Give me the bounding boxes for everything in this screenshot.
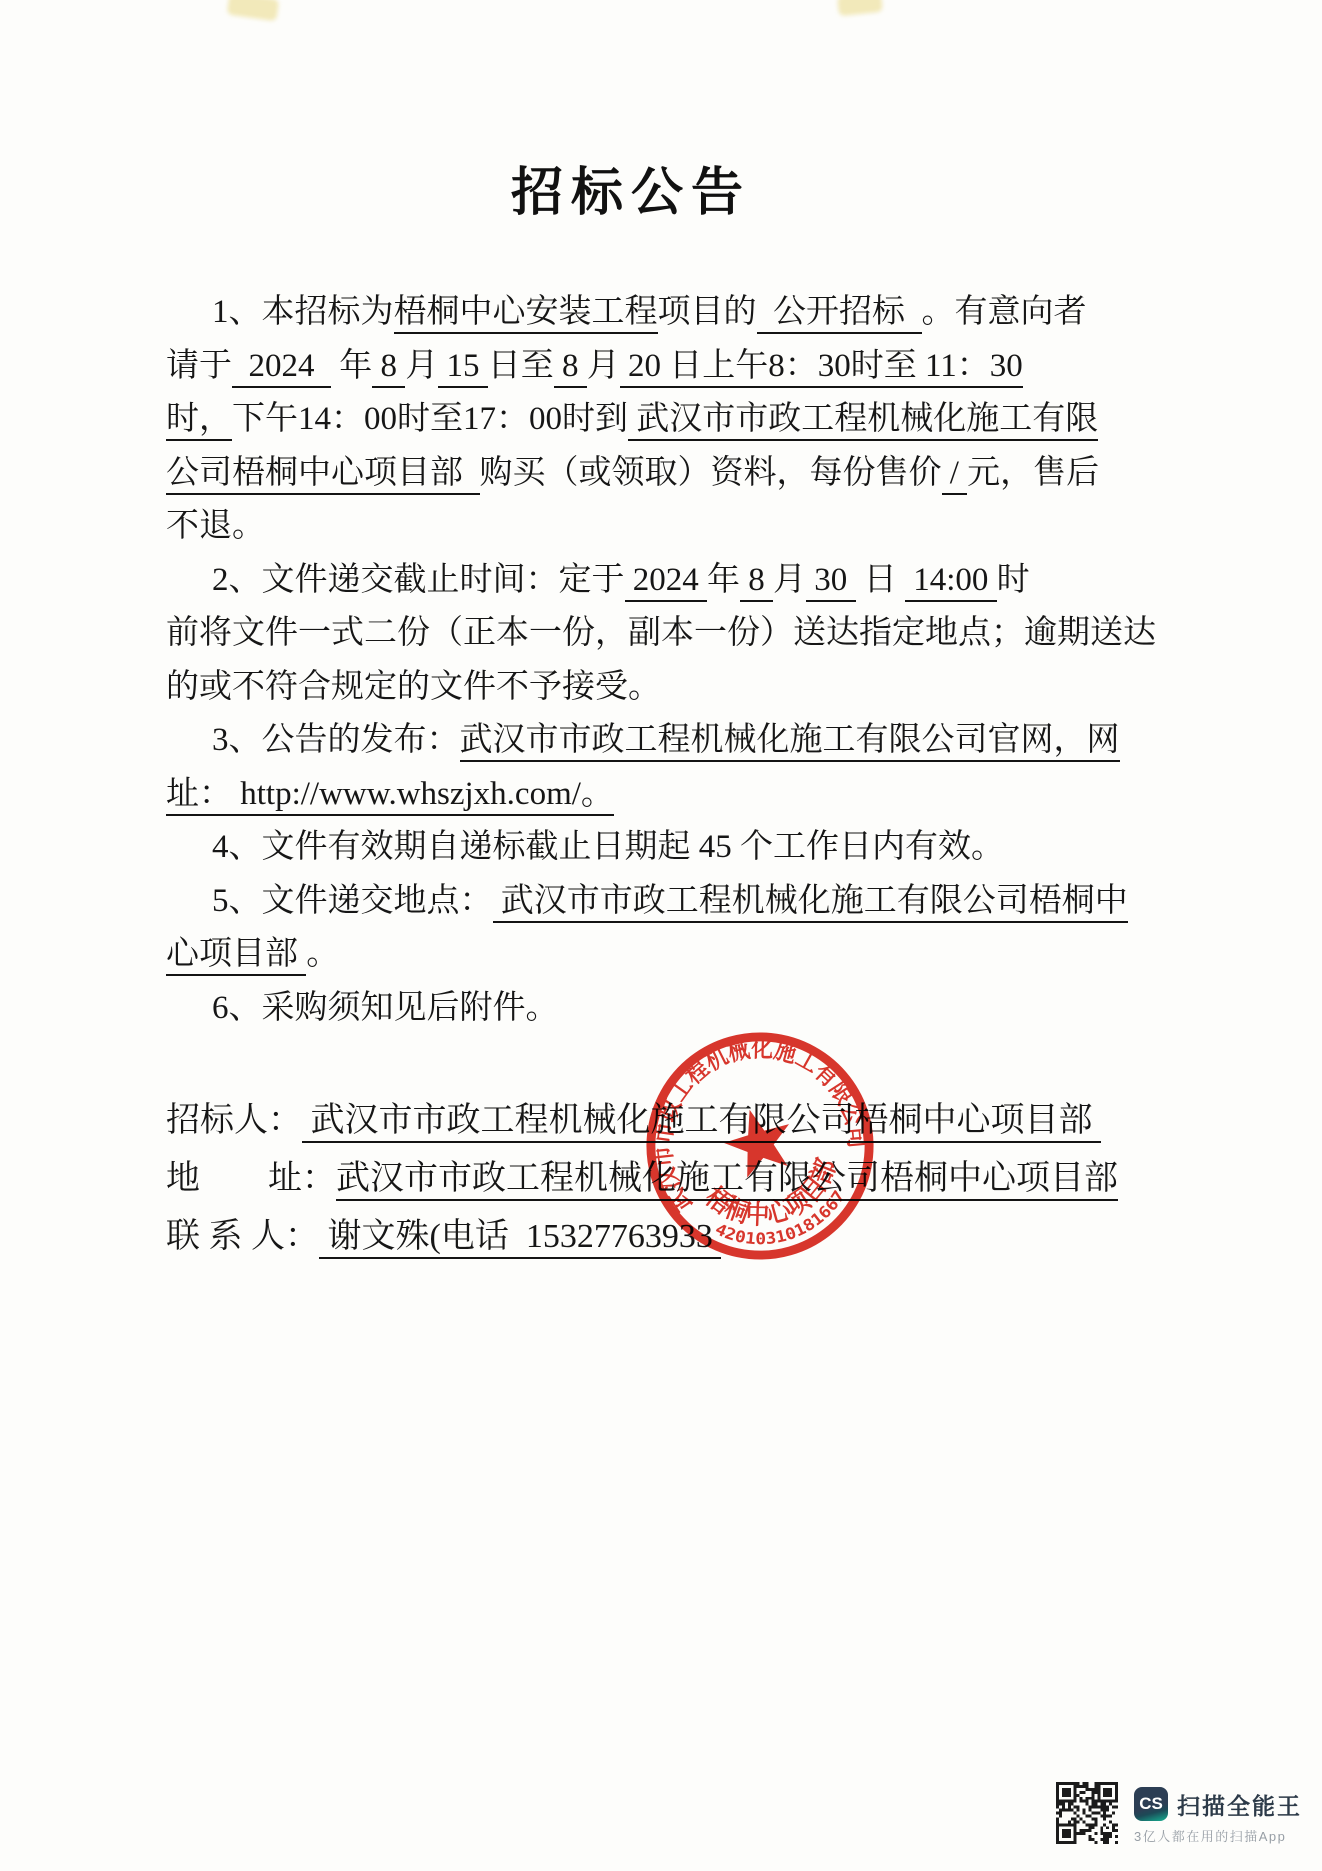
text-run: 前将文件一式二份（正本一份，副本一份）送达指定地点；逾期送达 bbox=[166, 615, 1156, 651]
document-page: 招标公告 1、本招标为梧桐中心安装工程项目的 公开招标 。有意向者请于 2024… bbox=[0, 0, 1322, 1871]
text-run: 元，售后 bbox=[967, 455, 1099, 491]
camscanner-watermark: CS 扫描全能王 3亿人都在用的扫描App bbox=[1056, 1782, 1296, 1852]
text-line: 1、本招标为梧桐中心安装工程项目的 公开招标 。有意向者 bbox=[166, 286, 1171, 340]
text-run: 不退。 bbox=[166, 508, 265, 544]
camscanner-logo-icon: CS bbox=[1134, 1787, 1168, 1821]
text-run: 年 bbox=[707, 562, 740, 598]
text-line: 3、公告的发布：武汉市市政工程机械化施工有限公司官网，网 bbox=[166, 714, 1171, 768]
underlined-text: 8 bbox=[740, 562, 773, 602]
camscanner-logo-text: CS bbox=[1139, 1794, 1163, 1814]
underlined-text: 公司梧桐中心项目部 bbox=[166, 455, 480, 495]
text-line: 公司梧桐中心项目部 购买（或领取）资料，每份售价 / 元，售后 bbox=[166, 447, 1171, 501]
underlined-text: / bbox=[942, 455, 968, 495]
text-run: 年 bbox=[331, 348, 372, 384]
tape-mark-left bbox=[227, 0, 280, 21]
text-run: 3、公告的发布： bbox=[212, 722, 460, 758]
text-run: 项目的 bbox=[658, 294, 757, 330]
underlined-text: 2024 bbox=[232, 348, 331, 388]
underlined-text: 8 bbox=[372, 348, 405, 388]
text-run: 月 bbox=[773, 562, 806, 598]
seal-star-icon bbox=[717, 1100, 800, 1181]
underlined-text: 时， bbox=[166, 401, 232, 441]
underlined-text: 14:00 bbox=[905, 562, 997, 602]
text-line: 6、采购须知见后附件。 bbox=[166, 982, 1171, 1036]
underlined-text: 2024 bbox=[625, 562, 708, 602]
text-run: 请于 bbox=[166, 348, 232, 384]
text-line: 址： http://www.whszjxh.com/。 bbox=[166, 768, 1171, 822]
text-run: 购买（或领取）资料，每份售价 bbox=[480, 455, 942, 491]
text-line: 前将文件一式二份（正本一份，副本一份）送达指定地点；逾期送达 bbox=[166, 607, 1171, 661]
text-line: 不退。 bbox=[166, 500, 1171, 554]
text-run: 的或不符合规定的文件不予接受。 bbox=[166, 669, 661, 705]
text-run: 时 bbox=[997, 562, 1030, 598]
tape-mark-right bbox=[837, 0, 883, 16]
text-line: 5、文件递交地点： 武汉市市政工程机械化施工有限公司梧桐中 bbox=[166, 875, 1171, 929]
text-line: 的或不符合规定的文件不予接受。 bbox=[166, 661, 1171, 715]
text-run: 招标人： bbox=[166, 1102, 302, 1139]
text-run: 4、文件有效期自递标截止日期起 45 个工作日内有效。 bbox=[212, 829, 1004, 865]
underlined-text: 心项目部 bbox=[166, 936, 306, 976]
text-run: 下午14：00时至17：00时到 bbox=[232, 401, 628, 437]
text-run: 月 bbox=[405, 348, 438, 384]
text-run: 。 bbox=[306, 936, 339, 972]
document-body: 1、本招标为梧桐中心安装工程项目的 公开招标 。有意向者请于 2024 年 8 … bbox=[166, 286, 1171, 1035]
text-line: 时，下午14：00时至17：00时到 武汉市市政工程机械化施工有限 bbox=[166, 393, 1171, 447]
text-run: 日至 bbox=[488, 348, 554, 384]
qr-code bbox=[1056, 1782, 1118, 1844]
text-line: 4、文件有效期自递标截止日期起 45 个工作日内有效。 bbox=[166, 821, 1171, 875]
text-run: 联 系 人： bbox=[166, 1218, 319, 1255]
text-run: 。有意向者 bbox=[922, 294, 1087, 330]
text-run: 日 bbox=[856, 562, 906, 598]
text-run: 1、本招标为 bbox=[212, 294, 394, 330]
underlined-text: 址： http://www.whszjxh.com/。 bbox=[166, 776, 614, 816]
underlined-text: 15 bbox=[438, 348, 488, 388]
text-run: 5、文件递交地点： bbox=[212, 883, 493, 919]
text-run: 月 bbox=[587, 348, 620, 384]
underlined-text: 梧桐中心安装工程 bbox=[394, 294, 658, 334]
text-run: 地 址： bbox=[166, 1160, 336, 1197]
text-line: 2、文件递交截止时间：定于 2024 年 8 月 30 日 14:00 时 bbox=[166, 554, 1171, 608]
underlined-text: 武汉市市政工程机械化施工有限公司官网，网 bbox=[460, 722, 1120, 762]
text-run: 6、采购须知见后附件。 bbox=[212, 990, 559, 1026]
underlined-text: 20 bbox=[620, 348, 670, 388]
page-title: 招标公告 bbox=[0, 150, 1262, 225]
text-run: 2、文件递交截止时间：定于 bbox=[212, 562, 625, 598]
underlined-text: 30 bbox=[806, 562, 856, 602]
underlined-text: 公开招标 bbox=[757, 294, 922, 334]
camscanner-app-name: 扫描全能王 bbox=[1177, 1788, 1302, 1821]
underlined-text: 武汉市市政工程机械化施工有限 bbox=[628, 401, 1098, 441]
underlined-text: 武汉市市政工程机械化施工有限公司梧桐中 bbox=[493, 883, 1128, 923]
text-line: 请于 2024 年 8 月 15 日至 8 月 20 日上午8：30时至 11：… bbox=[166, 340, 1171, 394]
underlined-text: 日上午8：30时至 11：30 bbox=[669, 348, 1023, 388]
text-line: 心项目部 。 bbox=[166, 928, 1171, 982]
underlined-text: 8 bbox=[554, 348, 587, 388]
camscanner-tagline: 3亿人都在用的扫描App bbox=[1134, 1826, 1286, 1845]
